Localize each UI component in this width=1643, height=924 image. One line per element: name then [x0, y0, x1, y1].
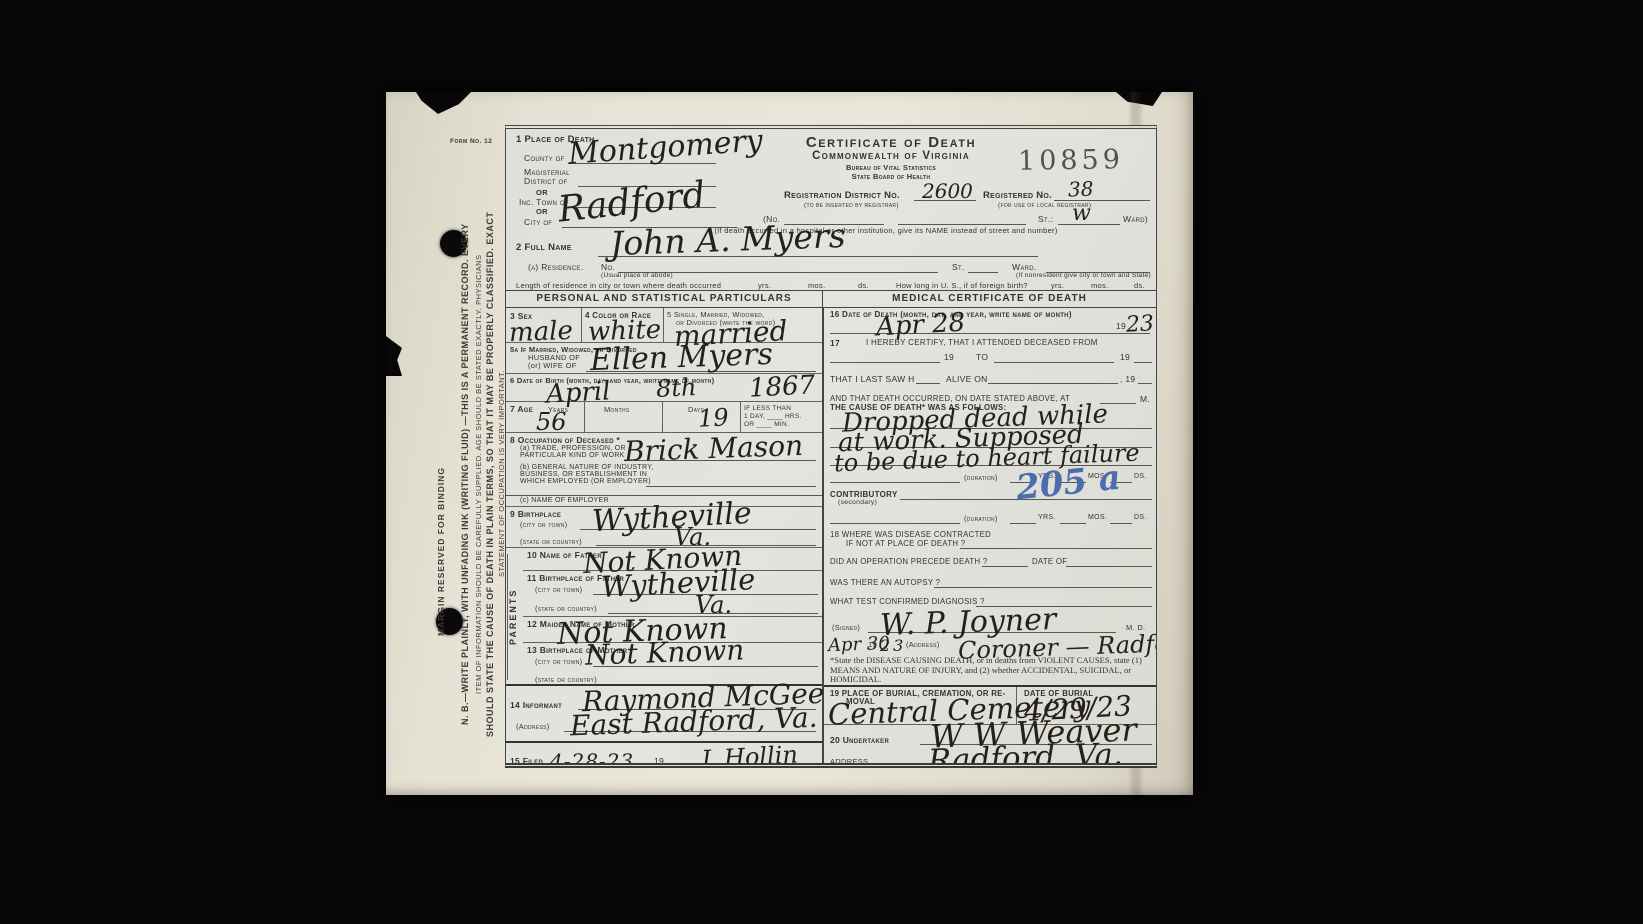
abode-note: (Usual place of abode) — [601, 272, 673, 279]
dod-19-label: 19 — [1116, 321, 1126, 331]
magisterial-label2: District of — [524, 176, 567, 186]
section-headers: PERSONAL AND STATISTICAL PARTICULARS MED… — [506, 290, 1156, 308]
certify-text: I HEREBY CERTIFY, THAT I ATTENDED DECEAS… — [866, 338, 1098, 347]
death-certificate-paper: Form No. 12 MARGIN RESERVED FOR BINDING … — [386, 92, 1193, 795]
parents-block: PARENTS 10 Name of Father Not Known 11 B… — [506, 548, 822, 686]
registration-district-note: (to be inserted by registrar) — [804, 202, 899, 209]
operation-label: DID AN OPERATION PRECEDE DEATH ? — [830, 557, 987, 566]
residence-no-label: No. — [601, 262, 615, 272]
father-birthplace-city: Wytheville — [600, 565, 756, 602]
row-undertaker: 20 Undertaker W W Weaver ADDRESS Radford… — [824, 725, 1156, 763]
certify-19a: 19 — [944, 352, 954, 362]
signed-label: (Signed) — [832, 623, 860, 632]
name-line — [898, 223, 1026, 225]
filed-date-value: 4-28-23 — [550, 751, 634, 763]
birthplace-label: 9 Birthplace — [510, 509, 561, 519]
certify-19b: 19 — [1120, 352, 1130, 362]
certificate-form: 1 Place of Death County of Montgomery Ma… — [505, 125, 1157, 768]
wife-of-label: (or) WIFE OF — [528, 361, 577, 370]
state-or-country-label: (state or country) — [535, 675, 597, 684]
row-age: 7 Age Years Months Days 56 19 IF LESS TH… — [506, 402, 822, 433]
blue-pencil-note: 205 a — [1015, 461, 1123, 506]
title-certificate: Certificate of Death — [756, 134, 1026, 151]
lastsaw-19: , 19 — [1120, 374, 1135, 384]
ifless-line2: 1 DAY, ____ HRS. — [744, 413, 802, 420]
alive-on-label: ALIVE ON — [946, 374, 988, 384]
state-or-country-label: (state or country) — [535, 604, 597, 613]
length-residence-label: Length of residence in city or town wher… — [516, 281, 721, 290]
duration-label: (duration) — [964, 473, 998, 482]
margin-nb-line2: ITEM OF INFORMATION SHOULD BE CAREFULLY … — [474, 162, 483, 786]
certify-to: TO — [976, 352, 988, 362]
duration-yrs: YRS. — [1038, 514, 1056, 521]
informant-address-value: East Radford, Va. — [570, 704, 818, 741]
duration-label: (duration) — [964, 514, 998, 523]
mos-label: mos. — [1091, 281, 1108, 290]
city-or-town-label: (city or town) — [535, 585, 582, 594]
autopsy-label: WAS THERE AN AUTOPSY ? — [830, 578, 940, 587]
ifless-line1: IF LESS THAN — [744, 405, 791, 412]
howlong-label: How long in U. S., if of foreign birth? — [896, 281, 1028, 290]
mother-birthplace-city: Not Known — [585, 636, 745, 670]
age-label: 7 Age — [510, 404, 533, 414]
medical-column: 205 a 16 Date of Death (month, day, and … — [823, 308, 1156, 763]
registration-district-value: 2600 — [922, 181, 973, 201]
parents-vertical-label: PARENTS — [507, 554, 523, 680]
duration-mos: MOS. — [1088, 514, 1107, 521]
row-father-birthplace: 11 Birthplace of Father (city or town) W… — [523, 571, 822, 617]
medical-section-title: MEDICAL CERTIFICATE OF DEATH — [823, 293, 1156, 304]
ward-label: Ward) — [1123, 214, 1148, 224]
residence-st-line — [968, 271, 998, 273]
sign-address-label: (Address) — [906, 640, 940, 649]
occupation-b-line — [646, 485, 816, 487]
row-autopsy: WAS THERE AN AUTOPSY ? — [824, 572, 1156, 593]
occupation-label: 8 Occupation of Deceased * — [510, 435, 620, 445]
where-contracted-line2: IF NOT AT PLACE OF DEATH ? — [846, 539, 965, 548]
months-label: Months — [604, 405, 630, 414]
contributory-label: CONTRIBUTORY — [830, 490, 898, 499]
dob-year: 1867 — [748, 372, 815, 401]
margin-nb-line1: N. B.—WRITE PLAINLY, WITH UNFADING INK (… — [460, 162, 470, 786]
ifless-line3: OR ____ MIN. — [744, 421, 789, 428]
margin-binding-note: MARGIN RESERVED FOR BINDING — [436, 342, 446, 762]
row-sex-color-marital: 3 Sex male 4 Color or Race white 5 Singl… — [506, 308, 822, 343]
occupation-a1: (a) TRADE, PROFESSION, OR — [520, 445, 626, 452]
residence-ward-label: Ward. — [1012, 262, 1037, 272]
occupation-value: Brick Mason — [624, 432, 804, 466]
row-where-contracted: 18 WHERE WAS DISEASE CONTRACTED IF NOT A… — [824, 529, 1156, 551]
title-board: State Board of Health — [756, 172, 1026, 181]
undertaker-address-value: Radford, Va. — [928, 740, 1124, 763]
occupation-a2: PARTICULAR KIND OF WORK — [520, 452, 625, 459]
where-contracted-line1: 18 WHERE WAS DISEASE CONTRACTED — [830, 530, 991, 539]
certify-number: 17 — [830, 338, 840, 348]
or-label: OR — [536, 207, 548, 216]
row-informant: 14 Informant Raymond McGee (Address) Eas… — [506, 686, 822, 743]
certificate-number-stamp: 10859 — [1018, 144, 1124, 177]
registered-no-value: 38 — [1068, 179, 1094, 200]
undertaker-address-label: ADDRESS — [830, 757, 868, 763]
dod-year-value: 23 — [1125, 313, 1154, 336]
row-operation: DID AN OPERATION PRECEDE DEATH ? DATE OF — [824, 551, 1156, 572]
dob-day: 8th — [655, 375, 697, 401]
occupation-b2: BUSINESS, OR ESTABLISHMENT IN — [520, 471, 647, 478]
birthplace-city-value: Wytheville — [591, 499, 752, 537]
state-or-country-label: (state or country) — [520, 537, 582, 546]
row-cause-of-death: AND THAT DEATH OCCURRED, ON DATE STATED … — [824, 393, 1156, 467]
city-or-town-label: (city or town) — [520, 520, 567, 529]
city-label: City of — [524, 217, 552, 227]
residence-label: (a) Residence. — [528, 262, 583, 272]
undertaker-label: 20 Undertaker — [830, 735, 889, 745]
ds-label: ds. — [858, 281, 869, 290]
last-saw-text: THAT I LAST SAW H — [830, 374, 915, 384]
personal-section-title: PERSONAL AND STATISTICAL PARTICULARS — [506, 293, 822, 304]
county-label: County of — [524, 153, 565, 163]
row-occupation: 8 Occupation of Deceased * (a) TRADE, PR… — [506, 433, 822, 493]
age-years-value: 56 — [536, 410, 567, 434]
secondary-label: (secondary) — [838, 499, 877, 506]
form-header: 1 Place of Death County of Montgomery Ma… — [506, 129, 1156, 290]
torn-notch — [386, 336, 402, 376]
registrar-signature: J. Hollin — [700, 742, 798, 763]
registration-district-label: Registration District No. — [784, 190, 900, 201]
row-date-of-death: 16 Date of Death (month, day, and year, … — [824, 308, 1156, 335]
registered-no-label: Registered No. — [983, 190, 1052, 201]
form-number: Form No. 12 — [450, 138, 492, 145]
informant-label: 14 Informant — [510, 700, 562, 710]
duration-ds: DS. — [1134, 473, 1147, 480]
spouse-value: Ellen Myers — [590, 340, 774, 376]
row-certify: 17 I HEREBY CERTIFY, THAT I ATTENDED DEC… — [824, 335, 1156, 365]
title-commonwealth: Commonwealth of Virginia — [756, 150, 1026, 162]
margin-nb-line3: SHOULD STATE THE CAUSE OF DEATH IN PLAIN… — [485, 162, 495, 786]
yrs-label: yrs. — [758, 281, 771, 290]
row-footnote: *State the DISEASE CAUSING DEATH, or in … — [824, 655, 1156, 687]
mos-label: mos. — [808, 281, 825, 290]
full-name-value: John A. Myers — [609, 219, 846, 260]
filed-label: 15 Filed — [510, 756, 543, 763]
m-label: M. — [1140, 394, 1150, 404]
duration-ds: DS. — [1134, 514, 1147, 521]
informant-address-label: (Address) — [516, 722, 550, 731]
county-value: Montgomery — [567, 126, 764, 170]
city-or-town-label: (city or town) — [535, 657, 582, 666]
sign-19-label: 19 — [868, 640, 877, 649]
footnote-text: *State the DISEASE CAUSING DEATH, or in … — [830, 656, 1152, 685]
filed-19-label: 19 — [654, 756, 664, 763]
date-of-label: DATE OF — [1032, 557, 1067, 566]
occupation-b3: WHICH EMPLOYED (OR EMPLOYER) — [520, 478, 651, 485]
age-days-value: 19 — [697, 405, 729, 431]
row-date-of-birth: 6 Date of Birth (month, day, and year, w… — [506, 374, 822, 402]
nonresident-note: (If nonresident give city or town and St… — [1016, 272, 1151, 279]
sign-year-value: 23 — [880, 638, 906, 654]
row-spouse: 5a If Married, Widowed, or Divorced HUSB… — [506, 343, 822, 374]
row-birthplace: 9 Birthplace (city or town) Wytheville (… — [506, 507, 822, 548]
st-label: St.: — [1038, 214, 1053, 224]
or-label: OR — [536, 188, 548, 197]
title-bureau: Bureau of Vital Statistics — [756, 163, 1026, 172]
residence-st-label: St. — [952, 262, 965, 272]
yrs-label: yrs. — [1051, 281, 1064, 290]
row-duration2: (duration) YRS. MOS. DS. — [824, 509, 1156, 529]
row-filed: 15 Filed 4-28-23 19 J. Hollin REGISTRAR — [506, 743, 822, 763]
employer-line — [506, 494, 822, 496]
st-value: w — [1072, 203, 1091, 225]
full-name-label: 2 Full Name — [516, 242, 572, 253]
torn-notch — [416, 92, 471, 114]
ds-label: ds. — [1134, 281, 1145, 290]
sex-value: male — [509, 318, 574, 346]
personal-column: 3 Sex male 4 Color or Race white 5 Singl… — [506, 308, 823, 763]
row-last-saw: THAT I LAST SAW H ALIVE ON , 19 — [824, 365, 1156, 393]
row-sign-date-address: Apr 30 19 23 (Address) Coroner — Radford… — [824, 636, 1156, 655]
occupation-b1: (b) GENERAL NATURE OF INDUSTRY, — [520, 464, 654, 471]
